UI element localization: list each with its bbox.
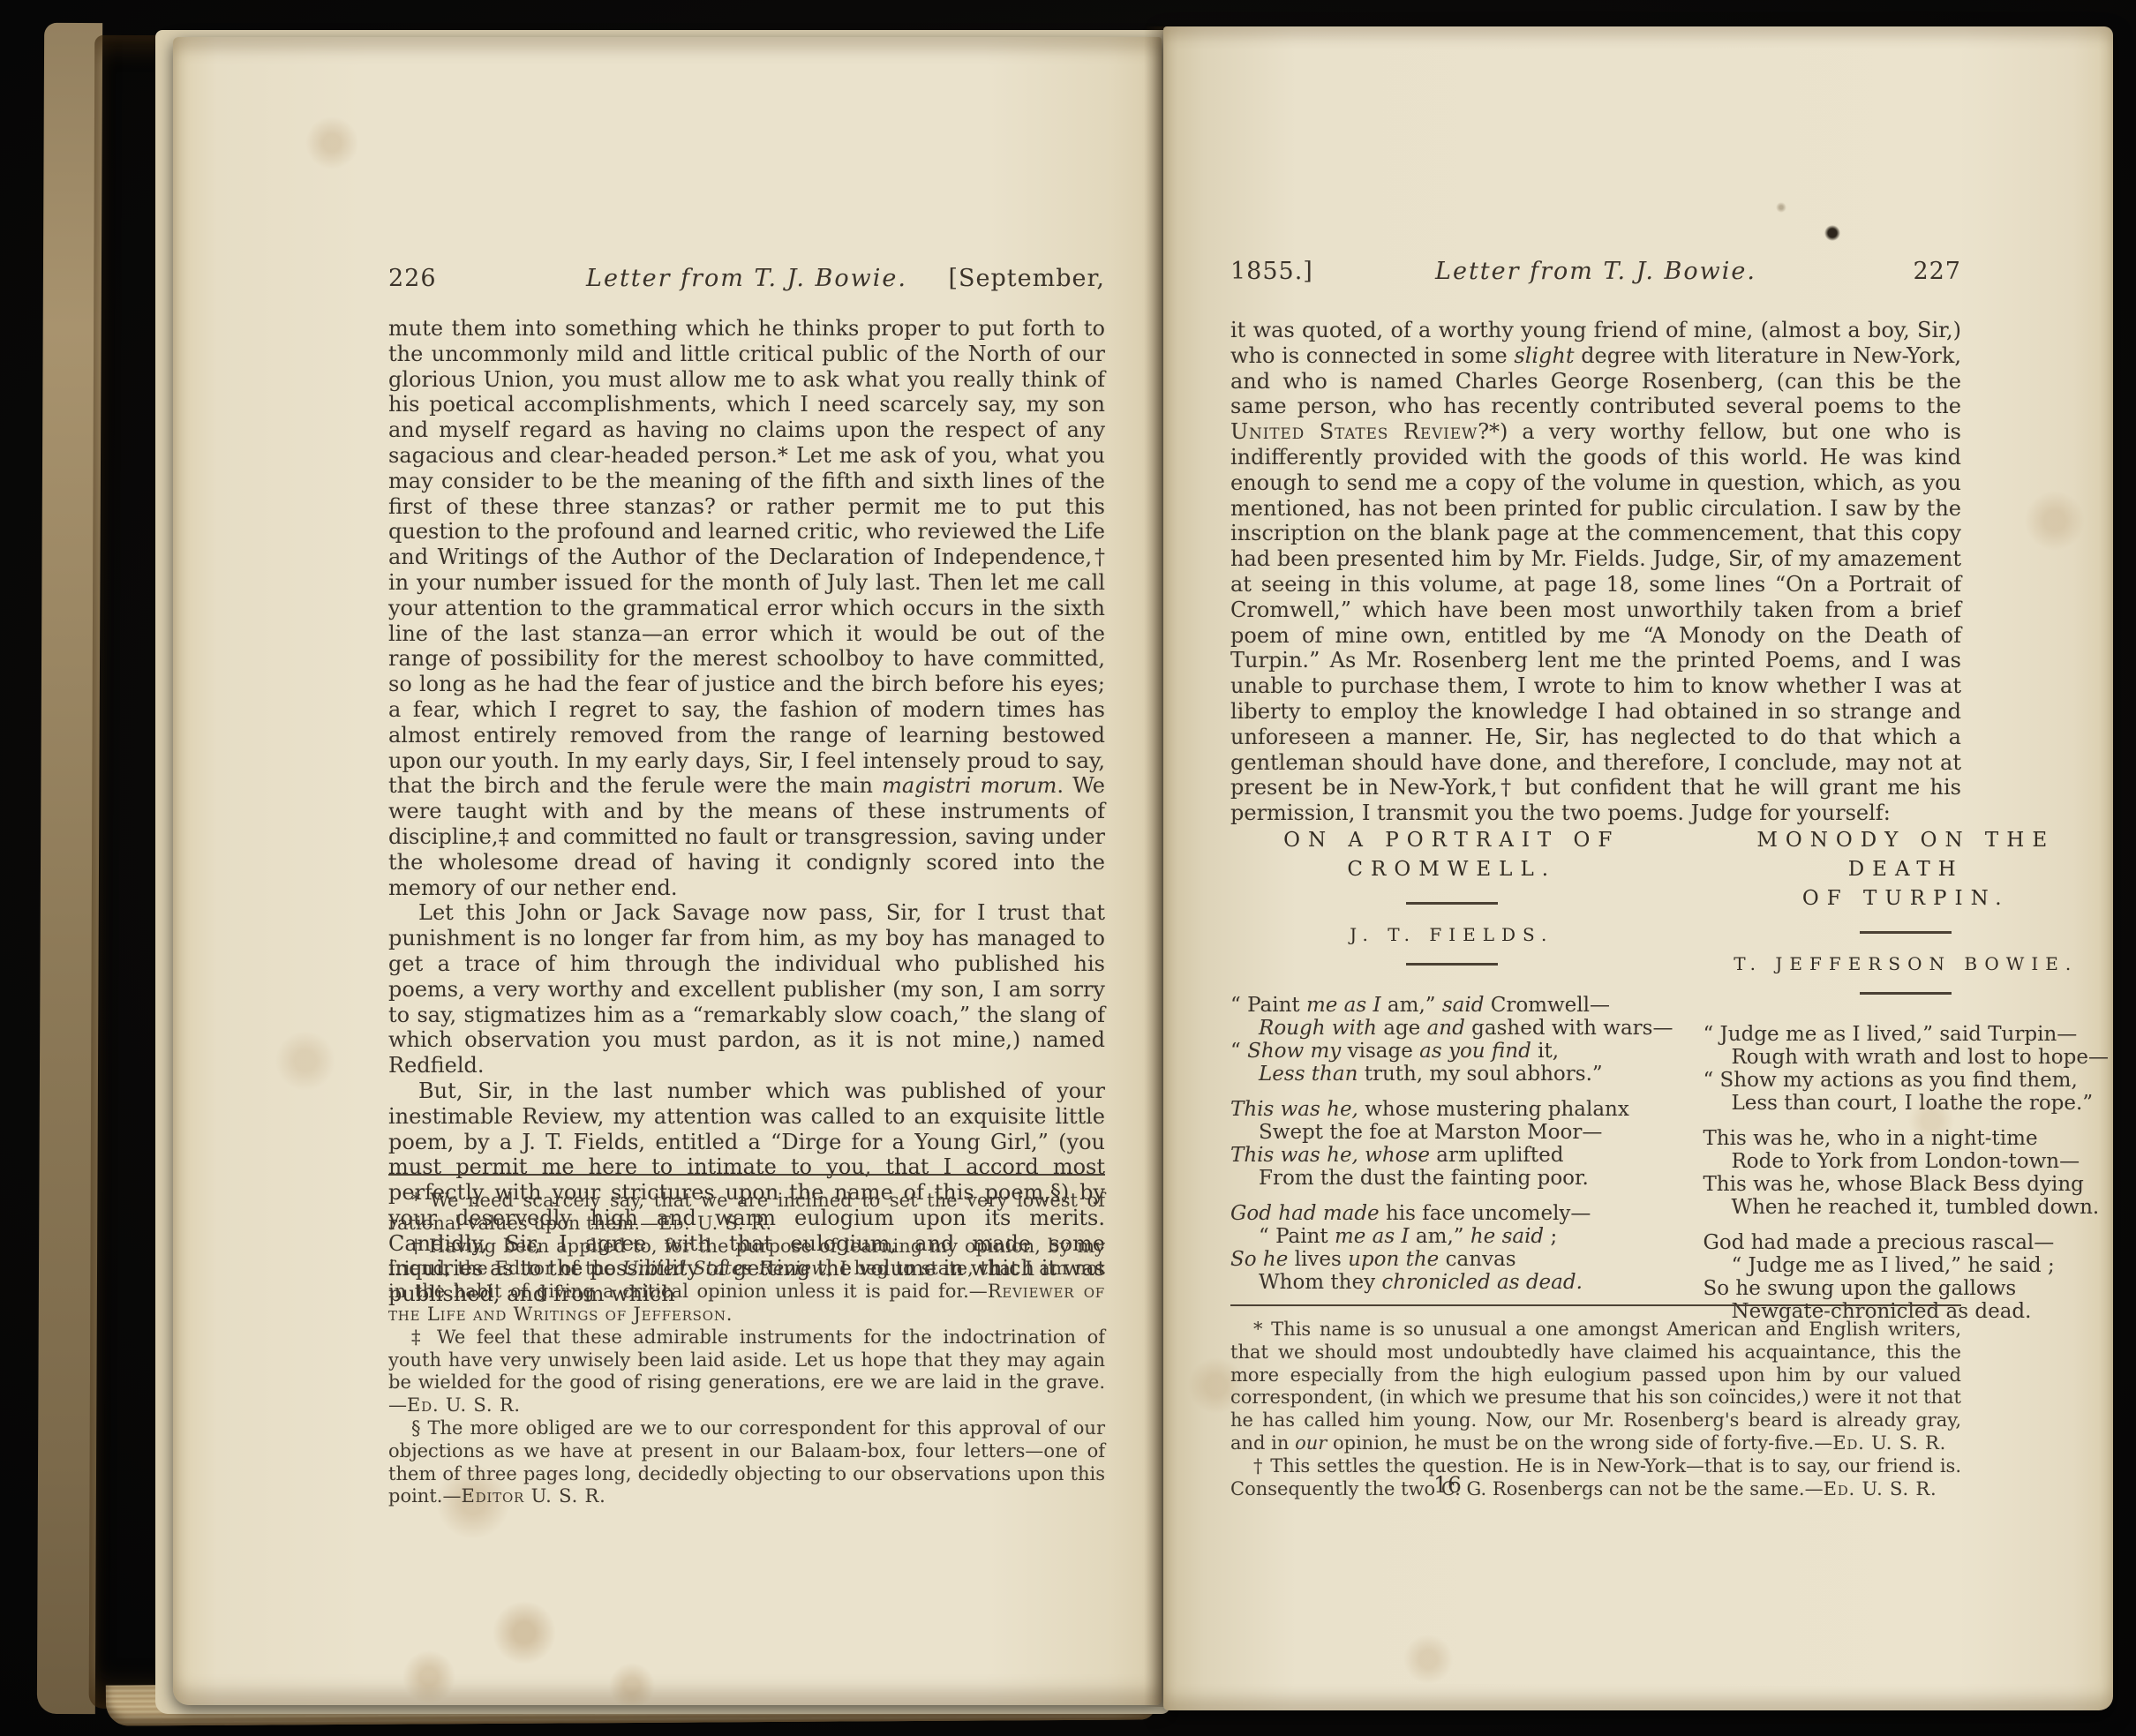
poem-line: Less than court, I loathe the rope.”: [1703, 1092, 2109, 1115]
poem-line: This was he, whose Black Bess dying: [1703, 1173, 2109, 1196]
right-page-number: 227: [1913, 258, 1961, 285]
body-paragraph: mute them into something which he thinks…: [388, 316, 1105, 900]
poem-author: J. T. FIELDS.: [1230, 924, 1673, 945]
author-rule: [1406, 963, 1498, 966]
poem-author: T. JEFFERSON BOWIE.: [1703, 953, 2109, 974]
footnote: * This name is so unusual a one amongst …: [1230, 1319, 1961, 1455]
poem-line: This was he, whose arm uplifted: [1230, 1144, 1673, 1167]
poem-cromwell: ON A PORTRAIT OFCROMWELL.J. T. FIELDS.“ …: [1230, 826, 1673, 1335]
poem-line: Less than truth, my soul abhors.”: [1230, 1063, 1673, 1086]
left-header-date: [September,: [948, 265, 1105, 292]
right-body-text: it was quoted, of a worthy young friend …: [1230, 318, 1961, 826]
poem-turpin: MONODY ON THE DEATHOF TURPIN.T. JEFFERSO…: [1703, 826, 2109, 1335]
left-page-number: 226: [388, 265, 437, 292]
left-footnotes: * We need scarcely say, that we are incl…: [388, 1190, 1105, 1508]
stanza: “ Judge me as I lived,” said Turpin—Roug…: [1703, 1023, 2109, 1115]
title-rule: [1406, 902, 1498, 905]
footnote: † Having been applied to, for the purpos…: [388, 1236, 1105, 1326]
poem-title: ON A PORTRAIT OFCROMWELL.: [1230, 826, 1673, 884]
footnote: § The more obliged are we to our corresp…: [388, 1417, 1105, 1508]
stanza: “ Paint me as I am,” said Cromwell—Rough…: [1230, 994, 1673, 1086]
poem-line: So he lives upon the canvas: [1230, 1248, 1673, 1271]
stanza: God had made a precious rascal—“ Judge m…: [1703, 1231, 2109, 1323]
left-footnote-rule: [388, 1174, 1105, 1176]
right-page: 1855.] Letter from T. J. Bowie. 227 it w…: [1163, 26, 2113, 1710]
poem-line: When he reached it, tumbled down.: [1703, 1196, 2109, 1219]
right-running-head: 1855.] Letter from T. J. Bowie. 227: [1230, 258, 1961, 285]
signature-mark: 16: [1395, 1472, 1500, 1498]
poem-line: God had made a precious rascal—: [1703, 1231, 2109, 1254]
poem-line: “ Paint me as I am,” he said ;: [1230, 1225, 1673, 1248]
poem-stanzas: “ Judge me as I lived,” said Turpin—Roug…: [1703, 1023, 2109, 1323]
left-running-title: Letter from T. J. Bowie.: [586, 265, 907, 292]
left-running-head: 226 Letter from T. J. Bowie. [September,: [388, 265, 1105, 292]
stanza: God had made his face uncomely—“ Paint m…: [1230, 1202, 1673, 1294]
poem-line: Rough with age and gashed with wars—: [1230, 1017, 1673, 1040]
right-footnotes: * This name is so unusual a one amongst …: [1230, 1319, 1961, 1500]
poem-line: “ Paint me as I am,” said Cromwell—: [1230, 994, 1673, 1017]
poem-line: “ Judge me as I lived,” said Turpin—: [1703, 1023, 2109, 1046]
book-photo-scene: 226 Letter from T. J. Bowie. [September,…: [0, 0, 2136, 1736]
left-body-text: mute them into something which he thinks…: [388, 316, 1105, 1307]
body-paragraph: Let this John or Jack Savage now pass, S…: [388, 900, 1105, 1078]
poem-stanzas: “ Paint me as I am,” said Cromwell—Rough…: [1230, 994, 1673, 1294]
right-running-title: Letter from T. J. Bowie.: [1435, 258, 1756, 285]
poem-line: This was he, whose mustering phalanx: [1230, 1098, 1673, 1121]
footnote: * We need scarcely say, that we are incl…: [388, 1190, 1105, 1236]
left-page: 226 Letter from T. J. Bowie. [September,…: [173, 37, 1162, 1705]
poem-line: “ Show my actions as you find them,: [1703, 1069, 2109, 1092]
poem-columns: ON A PORTRAIT OFCROMWELL.J. T. FIELDS.“ …: [1230, 826, 1961, 1335]
poem-line: This was he, who in a night-time: [1703, 1127, 2109, 1150]
body-paragraph: it was quoted, of a worthy young friend …: [1230, 318, 1961, 826]
poem-title: MONODY ON THE DEATHOF TURPIN.: [1703, 826, 2109, 913]
right-footnote-rule: [1230, 1304, 1961, 1306]
poem-line: So he swung upon the gallows: [1703, 1277, 2109, 1300]
stanza: This was he, whose mustering phalanxSwep…: [1230, 1098, 1673, 1190]
poem-line: Rough with wrath and lost to hope—: [1703, 1046, 2109, 1069]
poem-line: “ Show my visage as you find it,: [1230, 1040, 1673, 1063]
stanza: This was he, who in a night-timeRode to …: [1703, 1127, 2109, 1219]
poem-line: Whom they chronicled as dead.: [1230, 1271, 1673, 1294]
poem-line: Swept the foe at Marston Moor—: [1230, 1121, 1673, 1144]
poem-line: “ Judge me as I lived,” he said ;: [1703, 1254, 2109, 1277]
poem-line: Rode to York from London-town—: [1703, 1150, 2109, 1173]
right-header-year: 1855.]: [1230, 258, 1313, 285]
author-rule: [1860, 992, 1952, 995]
footnote: † This settles the question. He is in Ne…: [1230, 1455, 1961, 1501]
footnote: ‡ We feel that these admirable instrumen…: [388, 1326, 1105, 1417]
poem-line: God had made his face uncomely—: [1230, 1202, 1673, 1225]
title-rule: [1860, 931, 1952, 934]
poem-line: From the dust the fainting poor.: [1230, 1167, 1673, 1190]
